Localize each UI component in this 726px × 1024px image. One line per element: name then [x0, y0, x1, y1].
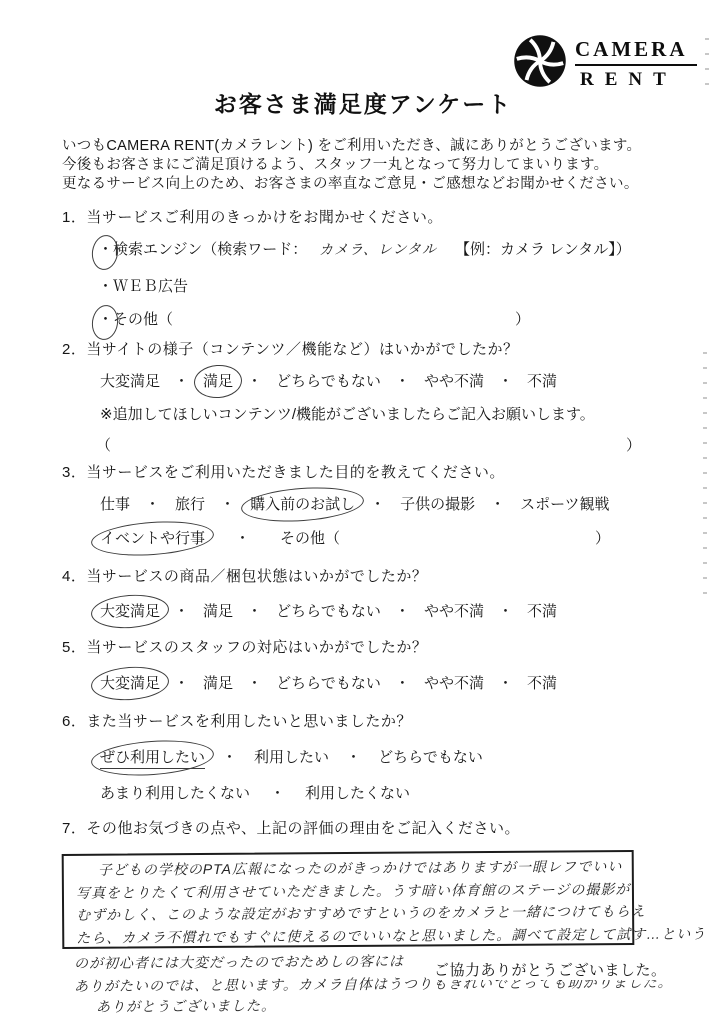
q3-option-other-label: その他（: [280, 527, 340, 548]
q6-options-row-1: ぜひ利用したい ・ 利用したい ・ どちらでもない: [100, 746, 483, 769]
separator-dot: ・: [346, 746, 361, 767]
q6-option-definitely-use-again-selected: ぜひ利用したい: [100, 746, 205, 769]
q2-note: ※追加してほしいコンテンツ/機能がございましたらご記入お願いします。: [100, 403, 595, 424]
separator-dot: ・: [270, 782, 285, 803]
q5-options-row: 大変満足 ・ 満足 ・ どちらでもない ・ やや不満 ・ 不満: [100, 672, 557, 693]
q6-option-want-to-use: 利用したい: [254, 746, 329, 767]
page-title: お客さま満足度アンケート: [0, 86, 726, 119]
comment-handwritten-line-7: ありがとうございました。: [96, 994, 276, 1018]
scan-artifact-marks: [703, 352, 707, 602]
q5-option-very-satisfied-selected: 大変満足: [100, 672, 160, 693]
separator-dot: ・: [395, 600, 410, 621]
q1-option-other-label: その他（: [113, 308, 173, 329]
comment-handwritten-line-4: たら、カメラ不慣れでもすぐに使えるのでいいなと思いました。調べて設定して試す…と…: [76, 923, 626, 949]
q1-other-close-paren: ）: [515, 308, 530, 329]
logo-divider-rule: [575, 64, 697, 66]
q2-option-somewhat-dissatisfied: やや不満: [424, 370, 484, 391]
q1-other-bullet-circle-mark: ・: [98, 308, 113, 329]
q2-option-very-satisfied: 大変満足: [100, 370, 160, 391]
separator-dot: ・: [174, 370, 189, 391]
logo-brand-camera: CAMERA: [575, 37, 697, 62]
q3-options-row-2: イベントや行事 ・ その他（: [100, 527, 340, 548]
q4-option-satisfied: 満足: [203, 600, 233, 621]
q5-option-neutral: どちらでもない: [276, 672, 381, 693]
intro-paragraph: いつもCAMERA RENT(カメラレント) をご利用いただき、誠にありがとうご…: [62, 137, 641, 194]
separator-dot: ・: [235, 527, 250, 548]
question-7-label: 7．その他お気づきの点や、上記の評価の理由をご記入ください。: [62, 817, 520, 838]
comment-handwritten-line-1: 子どもの学校のPTA広報になったのがきっかけではありますが一眼レフでいい: [76, 855, 626, 881]
survey-sheet: CAMERA RENT お客さま満足度アンケート いつもCAMERA RENT(…: [0, 0, 726, 1024]
separator-dot: ・: [395, 672, 410, 693]
separator-dot: ・: [247, 600, 262, 621]
camera-rent-logo: CAMERA RENT: [512, 33, 697, 94]
separator-dot: ・: [174, 672, 189, 693]
q2-options-row: 大変満足 ・ 満足 ・ どちらでもない ・ やや不満 ・ 不満: [100, 370, 557, 391]
separator-dot: ・: [247, 672, 262, 693]
q3-option-events-selected: イベントや行事: [100, 527, 205, 548]
separator-dot: ・: [498, 672, 513, 693]
q3-options-row-1: 仕事 ・ 旅行 ・ 購入前のお試し ・ 子供の撮影 ・ スポーツ観戦: [100, 493, 610, 514]
separator-dot: ・: [174, 600, 189, 621]
q6-options-row-2: あまり利用したくない ・ 利用したくない: [100, 782, 410, 803]
q4-option-very-satisfied-selected: 大変満足: [100, 600, 160, 621]
question-1-label: 1．当サービスご利用のきっかけをお聞かせください。: [62, 206, 443, 227]
q1-option-search-row: ・ 検索エンジン（検索ワード： カメラ、レンタル: [98, 238, 437, 259]
q3-option-kids-photography: 子供の撮影: [400, 493, 475, 514]
q4-option-somewhat-dissatisfied: やや不満: [424, 600, 484, 621]
q6-option-do-not-want-to-use: 利用したくない: [305, 782, 410, 803]
q2-option-neutral: どちらでもない: [276, 370, 381, 391]
q2-option-satisfied-selected: 満足: [203, 370, 233, 391]
q3-option-sports-watching: スポーツ観戦: [520, 493, 609, 514]
q6-option-rather-not-use: あまり利用したくない: [100, 782, 250, 803]
q2-option-dissatisfied: 不満: [527, 370, 557, 391]
scan-artifact-marks: [705, 38, 709, 98]
q2-answer-open-paren: （: [96, 434, 111, 455]
question-3-label: 3．当サービスをご利用いただきました目的を教えてください。: [62, 461, 505, 482]
comment-handwritten-line-5: のが初心者には大変だったのでおためしの客には: [74, 950, 404, 975]
q2-answer-close-paren: ）: [626, 434, 641, 455]
separator-dot: ・: [247, 370, 262, 391]
comment-handwritten-line-3: むずかしく、このような設定がおすすめですというのをカメラと一緒につけてもらえ: [76, 900, 626, 926]
separator-dot: ・: [498, 600, 513, 621]
q5-option-dissatisfied: 不満: [527, 672, 557, 693]
q1-search-example: 【例：カメラ レンタル】）: [455, 238, 631, 259]
q1-search-word-handwritten: カメラ、レンタル: [319, 239, 437, 260]
separator-dot: ・: [222, 746, 237, 767]
q3-option-trial-before-purchase-selected: 購入前のお試し: [250, 493, 355, 514]
q4-option-neutral: どちらでもない: [276, 600, 381, 621]
separator-dot: ・: [395, 370, 410, 391]
separator-dot: ・: [220, 493, 235, 514]
q4-option-dissatisfied: 不満: [527, 600, 557, 621]
q3-other-close-paren: ）: [595, 527, 610, 548]
q5-option-satisfied: 満足: [203, 672, 233, 693]
separator-dot: ・: [145, 493, 160, 514]
q1-option-web-ad: ・ＷＥＢ広告: [98, 275, 188, 296]
q1-search-bullet-circle-mark: ・: [98, 238, 113, 259]
q4-options-row: 大変満足 ・ 満足 ・ どちらでもない ・ やや不満 ・ 不満: [100, 600, 557, 621]
q5-option-somewhat-dissatisfied: やや不満: [424, 672, 484, 693]
q1-option-search-label: 検索エンジン（検索ワード：: [113, 238, 307, 259]
intro-line-2: 今後もお客さまにご満足頂けるよう、スタッフ一丸となって努力してまいります。: [62, 156, 641, 175]
separator-dot: ・: [370, 493, 385, 514]
separator-dot: ・: [490, 493, 505, 514]
question-4-label: 4．当サービスの商品／梱包状態はいかがでしたか？: [62, 565, 427, 586]
q1-option-other-row: ・ その他（: [98, 308, 173, 329]
q3-option-travel: 旅行: [175, 493, 205, 514]
q3-option-work: 仕事: [100, 493, 130, 514]
intro-line-3: 更なるサービス向上のため、お客さまの率直なご意見・ご感想などお聞かせください。: [62, 175, 641, 194]
separator-dot: ・: [498, 370, 513, 391]
free-comment-box: 子どもの学校のPTA広報になったのがきっかけではありますが一眼レフでいい 写真を…: [62, 850, 635, 949]
aperture-icon: [512, 33, 568, 94]
question-5-label: 5．当サービスのスタッフの対応はいかがでしたか？: [62, 636, 427, 657]
intro-line-1: いつもCAMERA RENT(カメラレント) をご利用いただき、誠にありがとうご…: [62, 137, 641, 156]
question-2-label: 2．当サイトの様子（コンテンツ／機能など）はいかがでしたか？: [62, 338, 519, 359]
closing-thanks-text: ご協力ありがとうございました。: [432, 959, 669, 980]
question-6-label: 6．また当サービスを利用したいと思いましたか？: [62, 710, 412, 731]
q6-option-neutral: どちらでもない: [378, 746, 483, 767]
